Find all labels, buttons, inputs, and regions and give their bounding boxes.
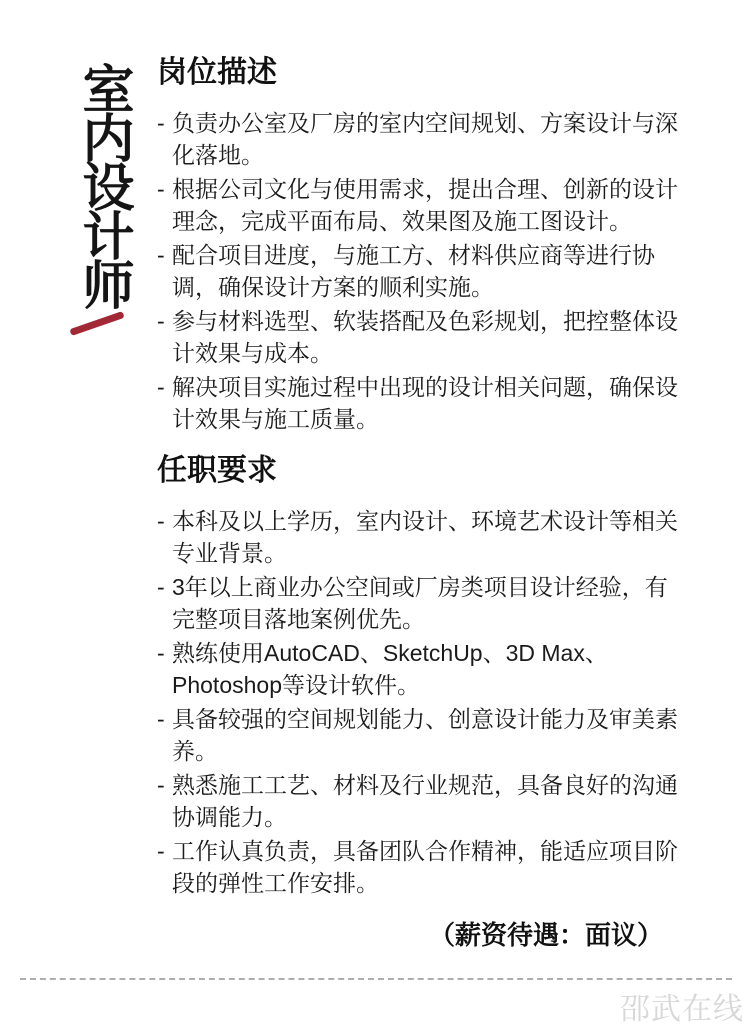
main-content: 岗位描述 负责办公室及厂房的室内空间规划、方案设计与深化落地。 根据公司文化与使… (157, 55, 689, 953)
vertical-job-title: 室内设计师 (66, 62, 141, 307)
list-item: 3年以上商业办公空间或厂房类项目设计经验，有完整项目落地案例优先。 (157, 571, 689, 635)
list-item: 根据公司文化与使用需求，提出合理、创新的设计理念，完成平面布局、效果图及施工图设… (157, 173, 689, 237)
list-item: 熟练使用AutoCAD、SketchUp、3D Max、Photoshop等设计… (157, 637, 689, 701)
list-item: 负责办公室及厂房的室内空间规划、方案设计与深化落地。 (157, 107, 689, 171)
list-item: 本科及以上学历，室内设计、环境艺术设计等相关专业背景。 (157, 505, 689, 569)
section-job-requirements: 任职要求 本科及以上学历，室内设计、环境艺术设计等相关专业背景。 3年以上商业办… (157, 453, 689, 899)
job-description-heading: 岗位描述 (157, 55, 689, 91)
section-job-description: 岗位描述 负责办公室及厂房的室内空间规划、方案设计与深化落地。 根据公司文化与使… (157, 55, 689, 435)
job-posting-page: 室内设计师 岗位描述 负责办公室及厂房的室内空间规划、方案设计与深化落地。 根据… (0, 0, 750, 1024)
accent-slash-mark (69, 311, 124, 336)
list-item: 工作认真负责，具备团队合作精神，能适应项目阶段的弹性工作安排。 (157, 835, 689, 899)
job-requirements-heading: 任职要求 (157, 453, 689, 489)
watermark: 邵武在线 (620, 984, 744, 1024)
list-item: 熟悉施工工艺、材料及行业规范，具备良好的沟通协调能力。 (157, 769, 689, 833)
dashed-divider (20, 978, 732, 980)
list-item: 参与材料选型、软装搭配及色彩规划，把控整体设计效果与成本。 (157, 305, 689, 369)
job-description-list: 负责办公室及厂房的室内空间规划、方案设计与深化落地。 根据公司文化与使用需求，提… (157, 107, 689, 435)
list-item: 具备较强的空间规划能力、创意设计能力及审美素养。 (157, 703, 689, 767)
job-requirements-list: 本科及以上学历，室内设计、环境艺术设计等相关专业背景。 3年以上商业办公空间或厂… (157, 505, 689, 899)
list-item: 配合项目进度，与施工方、材料供应商等进行协调，确保设计方案的顺利实施。 (157, 239, 689, 303)
salary-note: （薪资待遇：面议） (157, 917, 689, 953)
list-item: 解决项目实施过程中出现的设计相关问题，确保设计效果与施工质量。 (157, 371, 689, 435)
